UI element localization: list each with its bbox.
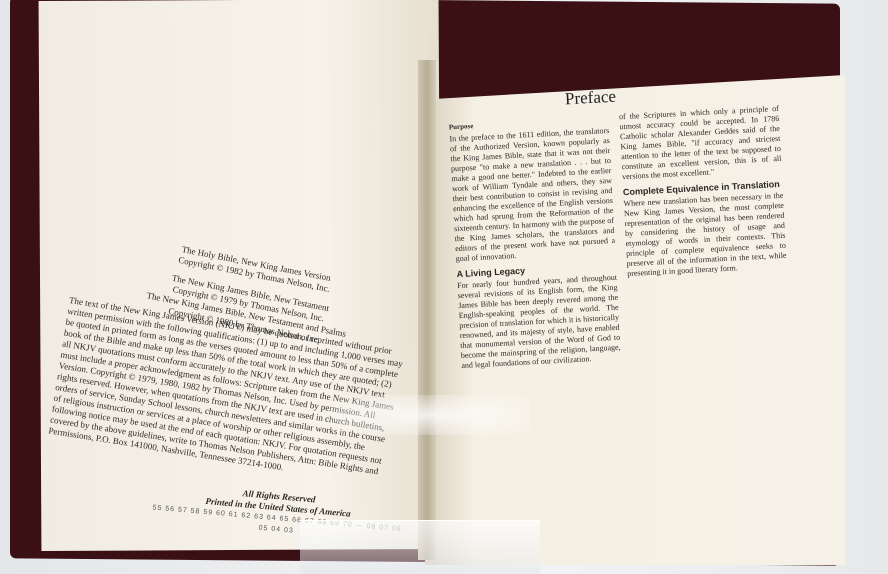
purpose-text: In the preface to the 1611 edition, the … xyxy=(449,126,616,264)
preface-column-1: Purpose In the preface to the 1611 editi… xyxy=(449,114,622,371)
col2-text: of the Scriptures in which only a princi… xyxy=(619,104,782,182)
light-glare xyxy=(330,395,530,435)
page-title: Preface xyxy=(565,87,617,110)
legacy-text: For nearly four hundred years, and throu… xyxy=(457,273,621,371)
book-gutter xyxy=(418,60,436,560)
equivalence-text: Where new translation has been necessary… xyxy=(623,191,787,279)
preface-column-2: of the Scriptures in which only a princi… xyxy=(619,104,788,279)
acrylic-stand xyxy=(300,520,540,574)
